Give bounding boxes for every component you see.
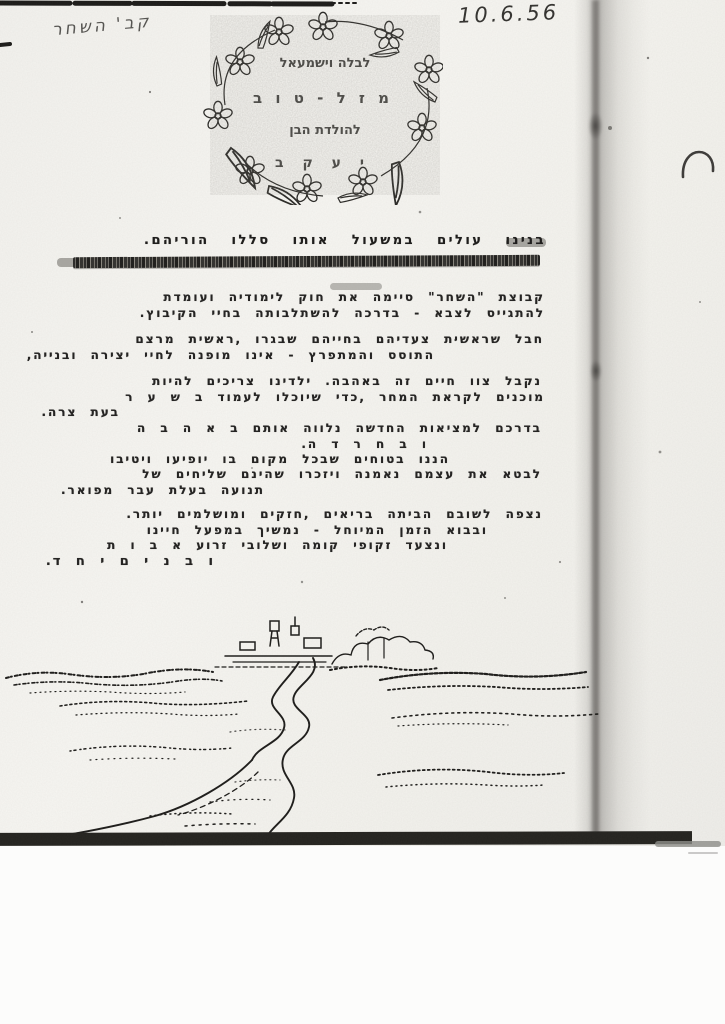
floral-wreath-emblem: לבלה וישמעאל מ ז ל - ט ו ב להולדת הבן י … bbox=[203, 10, 443, 205]
scanner-background bbox=[0, 846, 725, 1024]
flower-icon bbox=[414, 55, 443, 84]
paragraph-line: ונצעד זקופי קומה ושלובי זרוע א ב ו ת bbox=[107, 538, 448, 552]
paragraph-line: לבטא את עצמם נאמנה ויזכרו שהינם שליחים ש… bbox=[142, 467, 542, 481]
flower-icon bbox=[407, 113, 438, 142]
leaf-icon bbox=[370, 39, 400, 66]
fold-smudge bbox=[590, 360, 602, 382]
horizon-scrub-left bbox=[6, 669, 222, 693]
paragraph-line: תנועה בעלת עבר מפואר. bbox=[61, 483, 265, 497]
field-bands-left bbox=[60, 701, 248, 760]
flower-icon bbox=[292, 174, 323, 203]
paragraph-line: התוסס והמתפרץ - אינו מופנה לחיי יצירה וב… bbox=[27, 348, 435, 362]
paragraph-line: ו ב נ י ם י ח ד. bbox=[46, 554, 215, 569]
page-bottom-edge-tail bbox=[655, 841, 721, 847]
paragraph-line: בדרכם למציאות החדשה נלווה אותם ב א ה ב ה bbox=[137, 421, 542, 435]
flower-icon bbox=[348, 167, 379, 196]
paragraph-line: בעת צרה. bbox=[41, 405, 120, 419]
flower-icon bbox=[225, 47, 256, 76]
emblem-mazal-tov: מ ז ל - ט ו ב bbox=[253, 89, 393, 107]
flower-icon bbox=[203, 101, 233, 130]
paragraph-line: נצפה לשובם הביתה בריאים ,חזקים ומושלמים … bbox=[126, 507, 543, 521]
paragraph-line: ו ב ח ר ד ה. bbox=[301, 437, 428, 451]
flower-icon bbox=[308, 12, 339, 41]
field-bands-right bbox=[378, 672, 598, 787]
paragraph-line: מוכנים לקראת המחר ,כדי שיוכלו לעמוד ב ש … bbox=[125, 390, 545, 404]
paragraph-line: ובבוא הזמן המיוחל - נמשיך במפעל חיינו bbox=[147, 523, 488, 537]
document-heading: בנינו עולים במשעול אותו סללו הוריהם. bbox=[144, 233, 546, 248]
emblem-names: לבלה וישמעאל bbox=[280, 56, 371, 71]
paragraph-line: קבוצת "השחר" סיימה את חוק לימודיה ועומדת bbox=[163, 290, 545, 304]
paragraph-line: נקבל צוו חיים זה באהבה. ילדינו צריכים לה… bbox=[152, 374, 542, 388]
paragraph-line: להתגייס לצבא - בדרכה להשתלבותה בחיי הקיב… bbox=[140, 306, 545, 320]
paragraph-line: חבל שראשית צעדיהם בחייהם שבגרו ,ראשית מר… bbox=[135, 332, 544, 346]
page-bottom-edge bbox=[0, 831, 692, 846]
emblem-occasion: להולדת הבן bbox=[289, 123, 361, 138]
scanned-document-page: קב' השחר 10.6.56 bbox=[0, 0, 725, 1024]
landscape-sketch bbox=[0, 612, 620, 847]
winding-path bbox=[42, 658, 315, 839]
handwritten-date: 10.6.56 bbox=[458, 0, 560, 28]
emblem-child-name: י ע ק ב bbox=[275, 155, 371, 171]
fold-smudge bbox=[588, 112, 603, 140]
flower-icon bbox=[374, 21, 405, 50]
gray-mark bbox=[330, 283, 382, 290]
settlement-buildings bbox=[215, 617, 345, 667]
paragraph-line: הננו בטוחים שבכל מקום בו יופיעו ויטיבו bbox=[110, 452, 450, 466]
tree-cluster bbox=[330, 627, 438, 670]
